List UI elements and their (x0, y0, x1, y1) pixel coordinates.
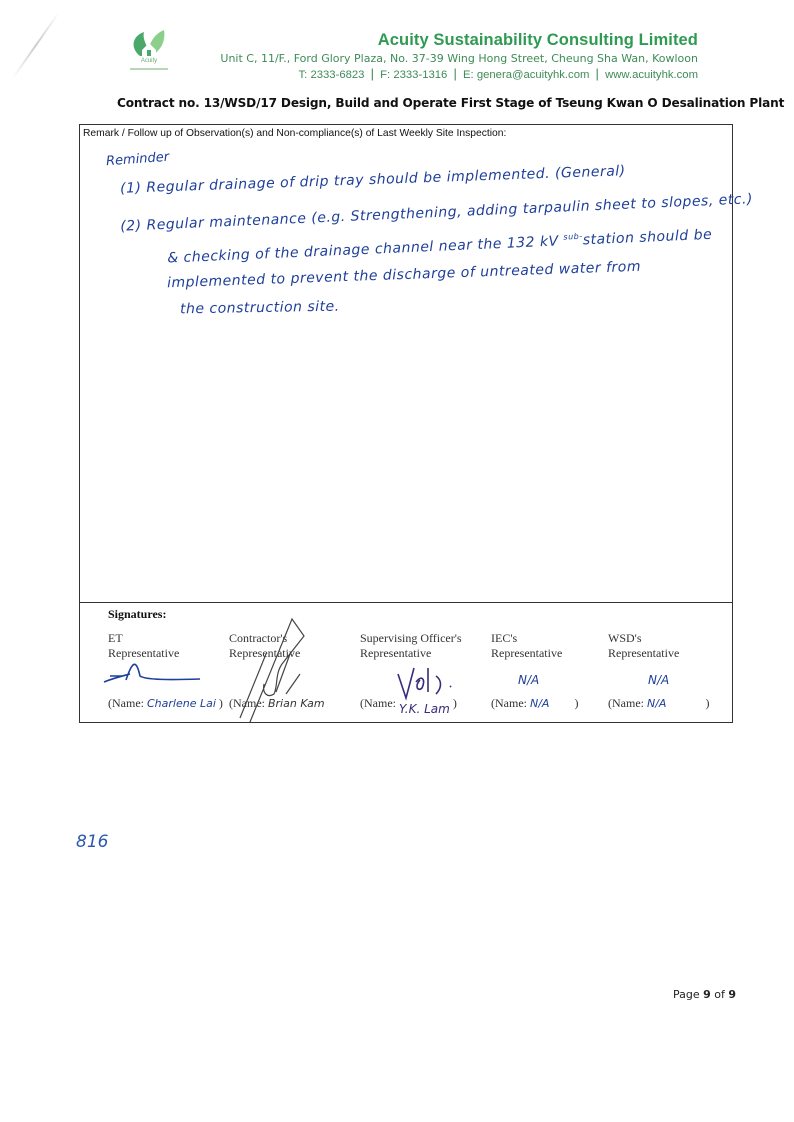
signature-wsd: WSD's Representative N/A (Name: N/A ) (608, 631, 679, 663)
handwritten-page-note: 816 (76, 832, 108, 852)
role-line-1: Supervising Officer's (360, 631, 462, 646)
signatures-section: Signatures: ET Representative (Name: Cha… (80, 604, 732, 722)
company-address: Unit C, 11/F., Ford Glory Plaza, No. 37-… (220, 52, 698, 65)
separator: | (593, 66, 602, 81)
company-name: Acuity Sustainability Consulting Limited (220, 31, 698, 50)
separator: | (368, 66, 377, 81)
signer-name: Brian Kam (268, 697, 325, 710)
section-divider (80, 602, 732, 603)
logo-text: Acuity (126, 58, 172, 64)
fax: F: 2333-1316 (380, 69, 447, 81)
handwritten-line-1: (1) Regular drainage of drip tray should… (120, 163, 626, 197)
website-link[interactable]: www.acuityhk.com (605, 69, 698, 81)
role-line-1: ET (108, 631, 179, 646)
role-label: Contractor's Representative (229, 631, 300, 663)
remark-label: Remark / Follow up of Observation(s) and… (83, 128, 506, 139)
separator: | (450, 66, 459, 81)
role-line-1: Contractor's (229, 631, 300, 646)
name-prefix: (Name: (491, 696, 527, 710)
name-prefix: (Name: (108, 696, 144, 710)
remarks-form: Remark / Follow up of Observation(s) and… (79, 124, 733, 723)
handwritten-superscript: sub- (563, 232, 583, 242)
signature-na: N/A (518, 673, 539, 688)
company-logo: Acuity (126, 28, 172, 80)
name-prefix: (Name: (608, 696, 644, 710)
role-label: ET Representative (108, 631, 179, 663)
role-line-1: IEC's (491, 631, 562, 646)
scan-artifact (12, 12, 60, 79)
role-label: WSD's Representative (608, 631, 679, 663)
signature-supervising-officer: Supervising Officer's Representative (Na… (360, 631, 462, 663)
signer-name: N/A (647, 697, 666, 710)
role-line-2: Representative (360, 646, 462, 661)
email-link[interactable]: E: genera@acuityhk.com (463, 69, 589, 81)
handwritten-line-5: the construction site. (180, 299, 340, 318)
name-line: (Name: Brian Kam (229, 696, 325, 711)
page-current: 9 (703, 988, 711, 1001)
contract-title: Contract no. 13/WSD/17 Design, Build and… (117, 96, 784, 110)
leaf-house-icon (126, 28, 172, 58)
name-line: (Name: N/A ) (491, 696, 578, 711)
signature-et: ET Representative (Name: Charlene Lai ) (108, 631, 179, 663)
role-line-2: Representative (608, 646, 679, 661)
signer-name: Charlene Lai (147, 697, 216, 710)
name-suffix: ) (669, 696, 709, 710)
handwritten-line-4: implemented to prevent the discharge of … (167, 259, 641, 292)
phone: T: 2333-6823 (299, 69, 365, 81)
signature-contractor: Contractor's Representative (Name: Brian… (229, 631, 300, 663)
name-line: (Name: Charlene Lai ) (108, 696, 223, 711)
page-of: of (714, 988, 725, 1001)
page-label: Page (673, 988, 700, 1001)
signature-iec: IEC's Representative N/A (Name: N/A ) (491, 631, 562, 663)
role-line-2: Representative (229, 646, 300, 661)
name-line: (Name: N/A ) (608, 696, 709, 711)
logo-tagline (130, 68, 168, 70)
role-line-2: Representative (491, 646, 562, 661)
role-label: Supervising Officer's Representative (360, 631, 462, 663)
role-line-1: WSD's (608, 631, 679, 646)
name-prefix: (Name: (229, 696, 265, 710)
role-label: IEC's Representative (491, 631, 562, 663)
company-contact: T: 2333-6823 | F: 2333-1316 | E: genera@… (220, 66, 698, 81)
handwritten-line-3-pre: & checking of the drainage channel near … (167, 233, 564, 266)
signatures-heading: Signatures: (108, 607, 166, 622)
name-prefix: (Name: (360, 696, 396, 710)
name-suffix: ) (453, 696, 457, 710)
role-line-2: Representative (108, 646, 179, 661)
name-suffix: ) (219, 696, 223, 710)
signature-na: N/A (648, 673, 669, 688)
signer-name: N/A (530, 697, 549, 710)
signer-name: Y.K. Lam (399, 702, 450, 716)
name-suffix: ) (552, 696, 578, 710)
handwritten-line-3-post: station should be (582, 227, 712, 249)
handwritten-heading: Reminder (106, 150, 170, 169)
page-total: 9 (728, 988, 736, 1001)
page-number: Page 9 of 9 (673, 988, 736, 1001)
company-header: Acuity Sustainability Consulting Limited… (220, 31, 698, 81)
name-line: (Name: Y.K. Lam ) (360, 696, 457, 711)
